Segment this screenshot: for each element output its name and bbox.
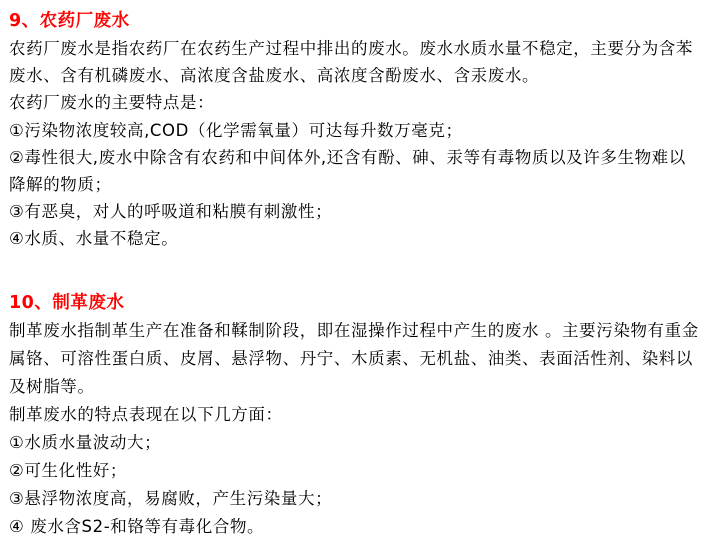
- tannery-feature-item-3: ③悬浮物浓度高，易腐败，产生污染量大；: [9, 485, 699, 513]
- pesticide-intro-paragraph: 农药厂废水是指农药厂在农药生产过程中排出的废水。废水水质水量不稳定，主要分为含苯…: [9, 35, 699, 89]
- pesticide-feature-item-4: ④水质、水量不稳定。: [9, 225, 699, 252]
- pesticide-features-lead-in: 农药厂废水的主要特点是：: [9, 89, 699, 116]
- section-divider-space: [9, 253, 699, 289]
- document-body: 9、农药厂废水 农药厂废水是指农药厂在农药生产过程中排出的废水。废水水质水量不稳…: [9, 8, 699, 541]
- tannery-feature-item-4: ④ 废水含S2-和铬等有毒化合物。: [9, 513, 699, 541]
- section-heading-pesticide: 9、农药厂废水: [9, 8, 699, 35]
- pesticide-feature-item-3: ③有恶臭，对人的呼吸道和粘膜有刺激性；: [9, 198, 699, 225]
- section-tannery-wastewater: 10、制革废水 制革废水指制革生产在准备和鞣制阶段，即在湿操作过程中产生的废水 …: [9, 289, 699, 541]
- section-pesticide-wastewater: 9、农药厂废水 农药厂废水是指农药厂在农药生产过程中排出的废水。废水水质水量不稳…: [9, 8, 699, 253]
- tannery-intro-paragraph: 制革废水指制革生产在准备和鞣制阶段，即在湿操作过程中产生的废水 。主要污染物有重…: [9, 317, 699, 401]
- tannery-features-lead-in: 制革废水的特点表现在以下几方面：: [9, 401, 699, 429]
- section-heading-tannery: 10、制革废水: [9, 289, 699, 317]
- tannery-feature-item-2: ②可生化性好；: [9, 457, 699, 485]
- pesticide-feature-item-2: ②毒性很大,废水中除含有农药和中间体外,还含有酚、砷、汞等有毒物质以及许多生物难…: [9, 144, 699, 198]
- tannery-feature-item-1: ①水质水量波动大；: [9, 429, 699, 457]
- pesticide-feature-item-1: ①污染物浓度较高,COD（化学需氧量）可达每升数万毫克；: [9, 117, 699, 144]
